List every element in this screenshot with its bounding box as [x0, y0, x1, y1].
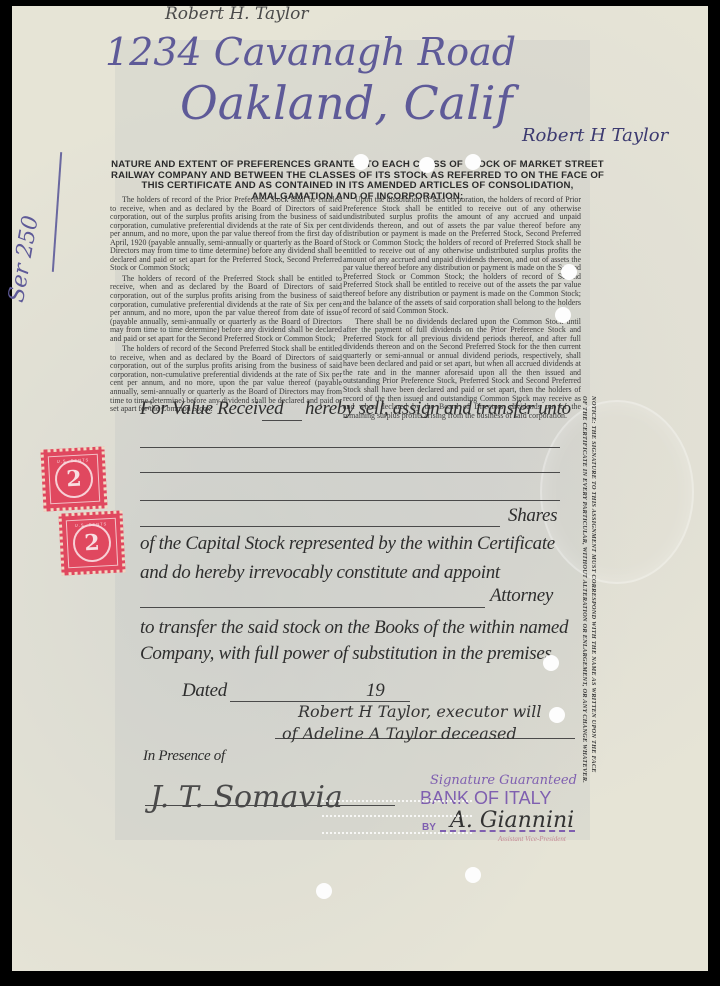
- signature-guaranteed-label: Signature Guaranteed: [430, 773, 577, 788]
- notice-line-2: OF THE CERTIFICATE IN EVERY PARTICULAR, …: [580, 396, 589, 836]
- assignment-notice: NOTICE: THE SIGNATURE TO THIS ASSIGNMENT…: [568, 396, 598, 836]
- bank-name: BANK OF ITALY: [420, 788, 551, 809]
- left-text-column: The holders of record of the Prior Prefe…: [110, 196, 342, 416]
- attorney-label: Attorney: [490, 585, 553, 607]
- stamp-denomination: 2: [54, 459, 94, 499]
- handwritten-signature: Robert H Taylor: [522, 125, 668, 146]
- assignor-signature-line1: Robert H Taylor, executor will: [298, 702, 541, 721]
- punch-hole: [353, 154, 369, 170]
- handwritten-city: Oakland, Calif: [180, 76, 513, 130]
- preferred-paragraph: The holders of record of the Preferred S…: [110, 275, 342, 343]
- handwritten-name: Robert H. Taylor: [165, 4, 309, 24]
- embossed-seal: [540, 400, 694, 584]
- witness-line[interactable]: [145, 805, 395, 806]
- witness-signature: J. T. Somavia: [150, 780, 343, 815]
- assignor-signature-line2: of Adeline A Taylor deceased: [282, 724, 517, 743]
- prior-preference-paragraph: The holders of record of the Prior Prefe…: [110, 196, 342, 273]
- appoint-line: and do hereby irrevocably constitute and…: [140, 562, 500, 584]
- punch-hole: [555, 307, 571, 323]
- assignee-line-1[interactable]: [140, 447, 560, 448]
- year-prefix: 19: [366, 680, 384, 702]
- punch-hole: [543, 655, 559, 671]
- guarantee-title: Assistant Vice-President: [498, 835, 566, 843]
- right-text-column: Upon the dissolution of said corporation…: [343, 196, 581, 422]
- company-line: Company, with full power of substitution…: [140, 643, 552, 665]
- punch-hole: [419, 157, 435, 173]
- transfer-line: to transfer the said stock on the Books …: [140, 617, 568, 639]
- assignee-line-3[interactable]: [140, 500, 560, 501]
- punch-hole: [465, 154, 481, 170]
- dated-label: Dated: [182, 680, 227, 702]
- dissolution-paragraph: Upon the dissolution of said corporation…: [343, 196, 581, 316]
- attorney-line[interactable]: [140, 607, 485, 608]
- assignee-line-2[interactable]: [140, 472, 560, 473]
- for-value-received-label: For Value Received: [140, 398, 283, 420]
- assignee-short-line: [262, 420, 302, 421]
- capital-stock-line: of the Capital Stock represented by the …: [140, 533, 555, 555]
- revenue-stamp-bottom: 2 U.S. CENTS: [58, 510, 125, 575]
- guarantee-signature: A. Giannini: [450, 808, 574, 833]
- perforation-row-1: [322, 800, 472, 802]
- sell-assign-transfer-label: hereby sell, assign and transfer unto: [305, 398, 571, 420]
- in-presence-of-label: In Presence of: [143, 748, 225, 765]
- perforation-row-3: [322, 832, 472, 834]
- notice-line-1: NOTICE: THE SIGNATURE TO THIS ASSIGNMENT…: [589, 396, 598, 836]
- punch-hole: [465, 867, 481, 883]
- shares-label: Shares: [508, 505, 557, 527]
- shares-line[interactable]: [140, 526, 500, 527]
- revenue-stamp-top: 2 U.S. CENTS: [40, 446, 107, 511]
- punch-hole: [316, 883, 332, 899]
- stamp-denomination: 2: [72, 523, 112, 563]
- punch-hole: [549, 707, 565, 723]
- punch-hole: [561, 264, 577, 280]
- perforation-row-2: [322, 815, 472, 817]
- handwritten-street: 1234 Cavanagh Road: [105, 30, 516, 74]
